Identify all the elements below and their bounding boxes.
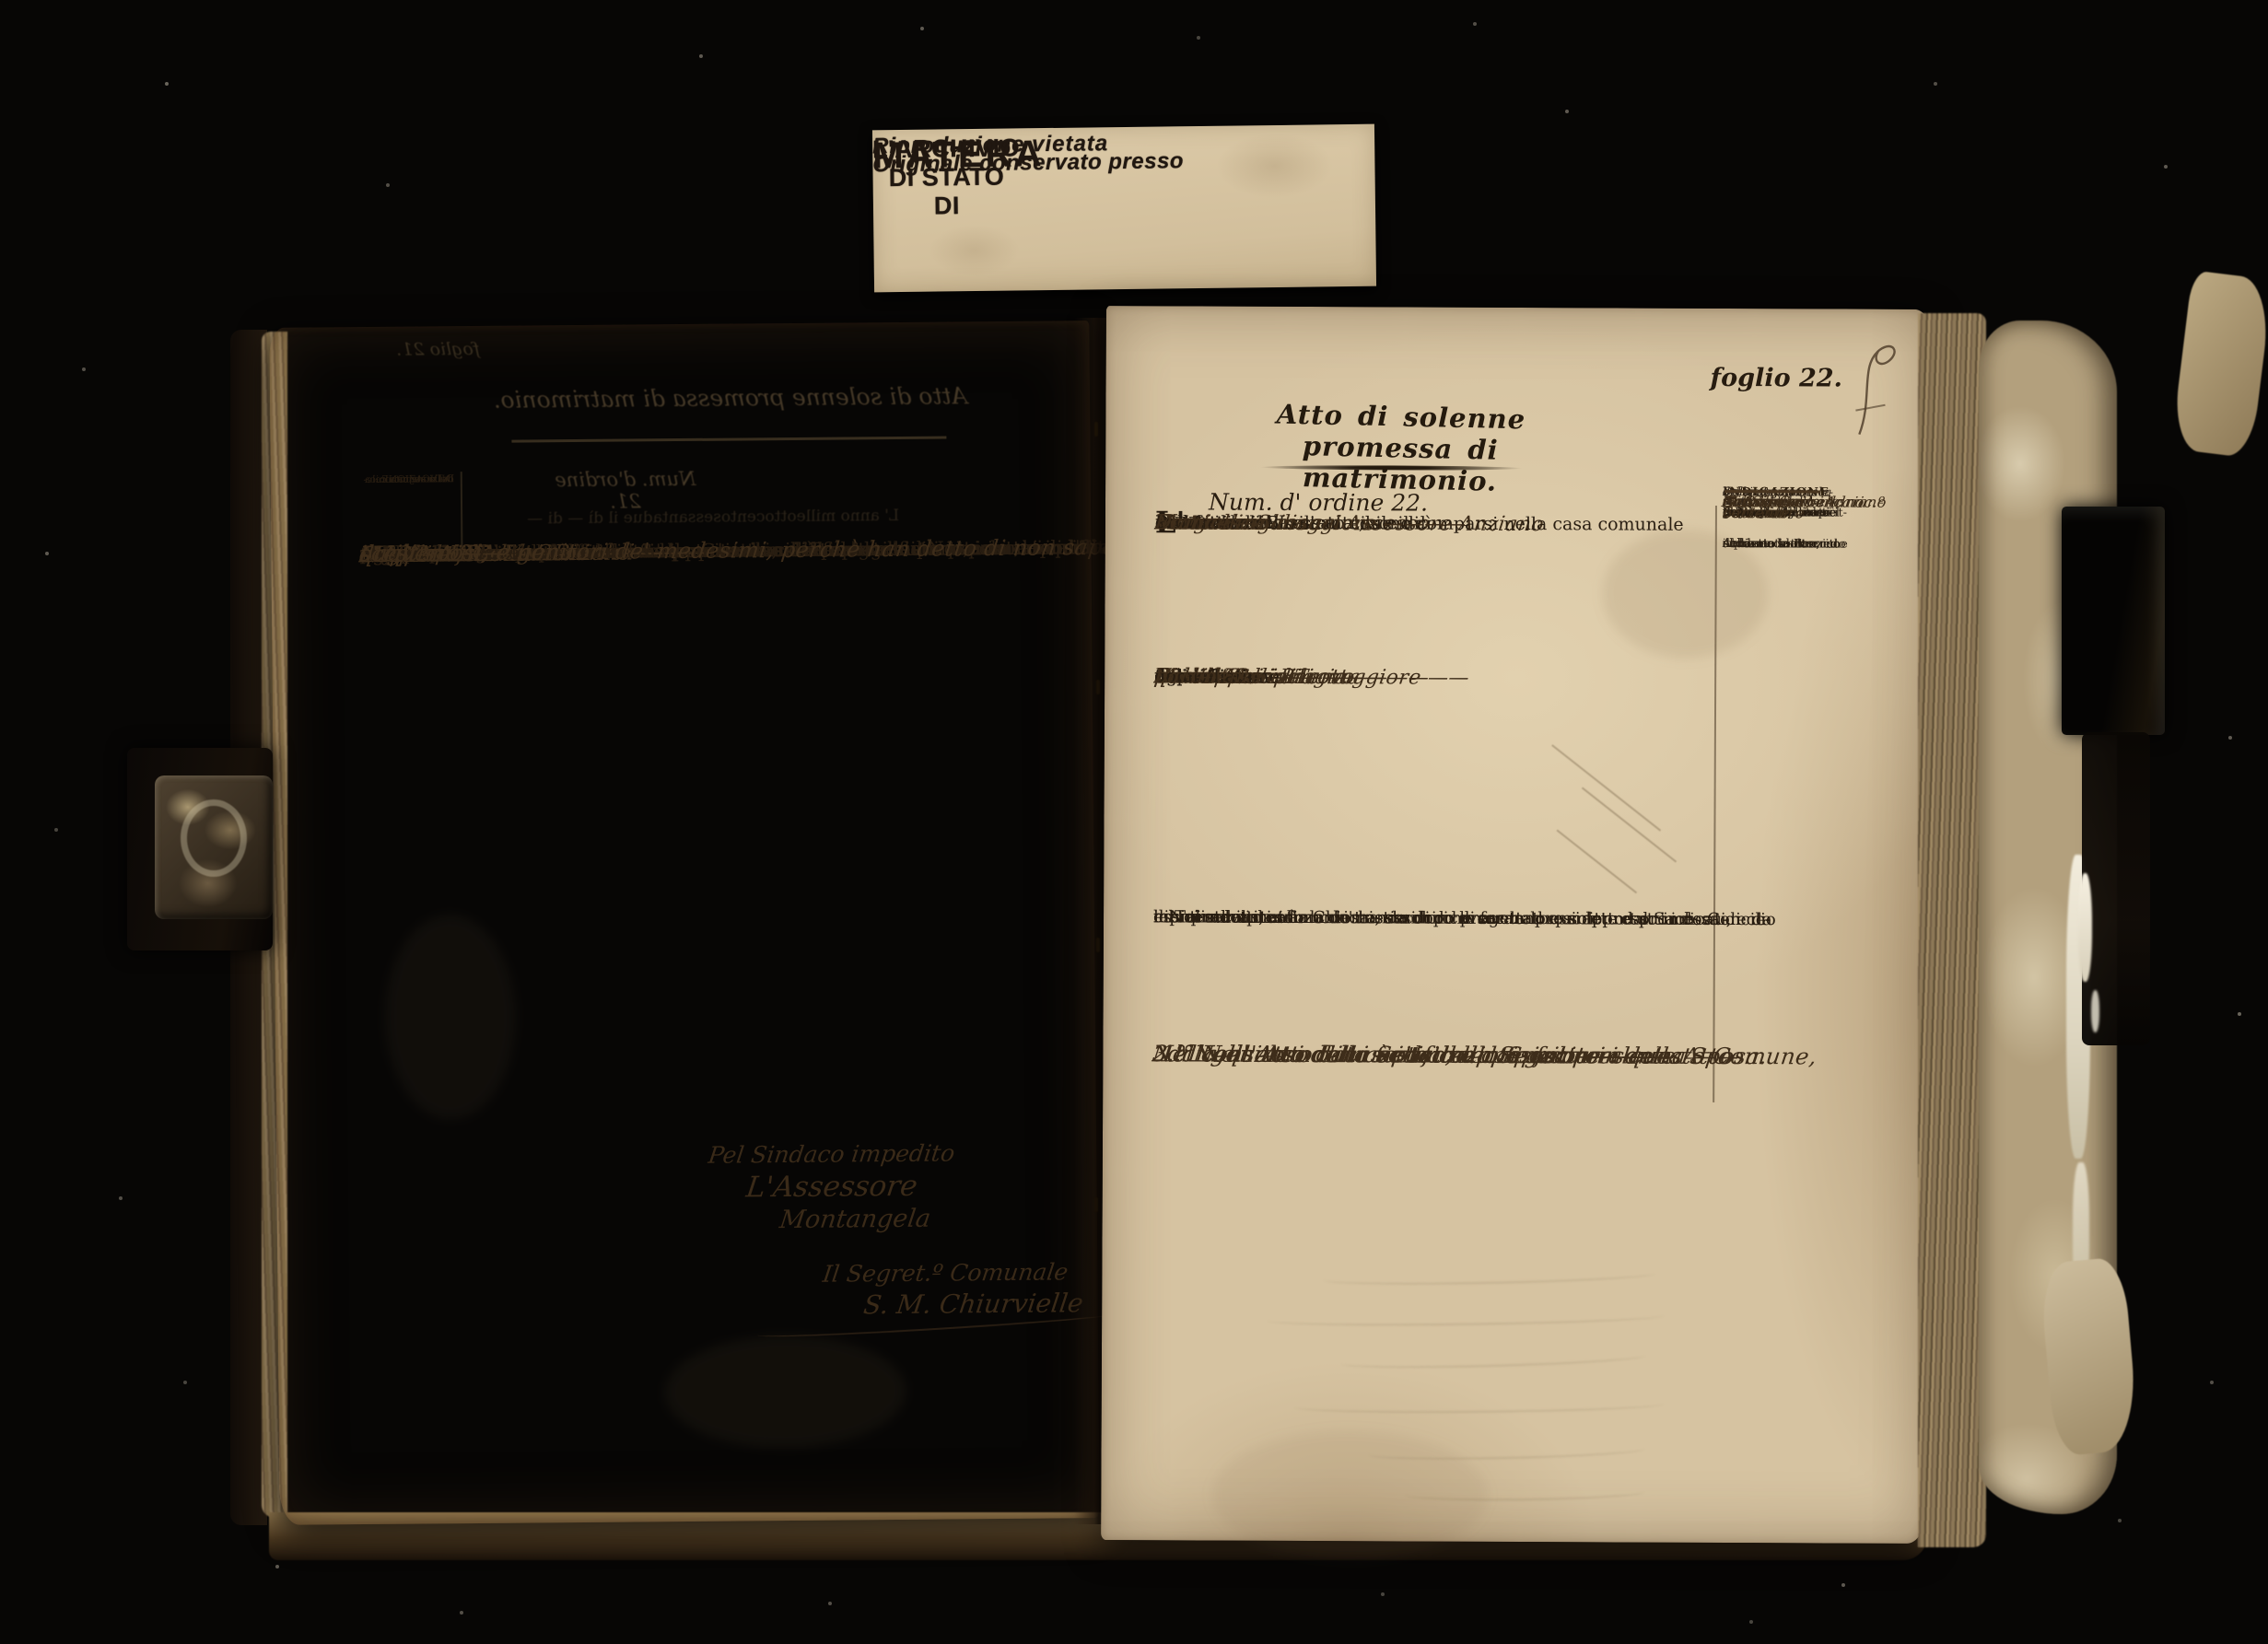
stitch-mark xyxy=(1096,680,1100,694)
paper-stain xyxy=(1211,1430,1489,1560)
paper-highlight xyxy=(2078,873,2092,982)
show-through-scribble xyxy=(1341,1348,1645,1370)
show-through-margin-box: INDICAZIONEDella seguita cele-brazione c… xyxy=(367,473,454,474)
tattered-page-edges xyxy=(1918,313,1986,1547)
archival-photograph: Originale conservato presso L'ARCHIVIO D… xyxy=(0,0,2268,1644)
show-through-scribble xyxy=(1323,1266,1654,1287)
pencil-hatch-mark xyxy=(1556,830,1637,894)
signature-assessore-name: Montangela xyxy=(695,1204,1016,1235)
left-page: foglio 21. Atto di solenne promessa di m… xyxy=(269,321,1099,1525)
paper-highlight xyxy=(2091,990,2099,1032)
signature-sindaco-line: Pel Sindaco impedito xyxy=(671,1139,992,1169)
right-page: foglio 22. Atto di solenne promessa di m… xyxy=(1101,306,1931,1544)
act-documents-list: 1.° Nell' Atto di nascita dello Sposo ——… xyxy=(1152,1039,1711,1042)
dust-specks xyxy=(0,0,2,2)
torn-corner-fragment xyxy=(2170,270,2268,458)
act-spouses-lines: di anni trentatre nato in questo Comune … xyxy=(1154,663,1713,666)
archive-stamp: Originale conservato presso L'ARCHIVIO D… xyxy=(872,124,1376,293)
show-through-rule xyxy=(511,436,946,442)
margin-column: INDICAZIONEDella seguita cele-brazione c… xyxy=(1723,485,1839,486)
folio-number: foglio 22. xyxy=(1711,364,1843,393)
signature-assessore-title: L'Assessore xyxy=(671,1169,993,1205)
pencil-hatch-mark xyxy=(1582,787,1677,863)
act-promise-paragraph: i quali alla presenza de' testimoni che … xyxy=(1153,906,1712,909)
show-through-foglio-21: foglio 21. xyxy=(378,339,497,360)
signature-segretario-title: Il Segret.º Comunale xyxy=(787,1258,1104,1288)
show-through-title: Atto di solenne promessa di matrimonio. xyxy=(440,382,1021,414)
paper-stain xyxy=(1602,529,1769,659)
stitch-mark xyxy=(1094,422,1098,437)
foglio-handwritten-mark xyxy=(1831,332,1915,452)
pencil-hatch-mark xyxy=(1551,744,1661,831)
show-through-first-line: L' anno milleottocentosessantadue il dì … xyxy=(391,506,1035,530)
show-through-num-ordine: Num. d'ordine 21. xyxy=(547,468,704,513)
left-page-text: ed il capitolo sesto del titolo del matr… xyxy=(359,534,1102,541)
paper-stain xyxy=(665,1335,906,1448)
right-clasp xyxy=(2062,507,2165,735)
page-title: Atto di solenne promessa di matrimonio. xyxy=(1204,397,1596,499)
show-through-scribble xyxy=(1295,1397,1664,1415)
stitch-mark xyxy=(1094,1197,1098,1212)
act-opening-lines: L' ANNO milleottocentosessantadue il dì … xyxy=(1155,510,1713,513)
left-clasp-ring xyxy=(181,799,247,877)
show-through-scribble xyxy=(1268,1309,1664,1328)
paper-stain xyxy=(385,915,516,1119)
stamp-line-3: Riproduzione vietata xyxy=(872,131,1108,159)
stitch-mark xyxy=(1096,938,1100,952)
